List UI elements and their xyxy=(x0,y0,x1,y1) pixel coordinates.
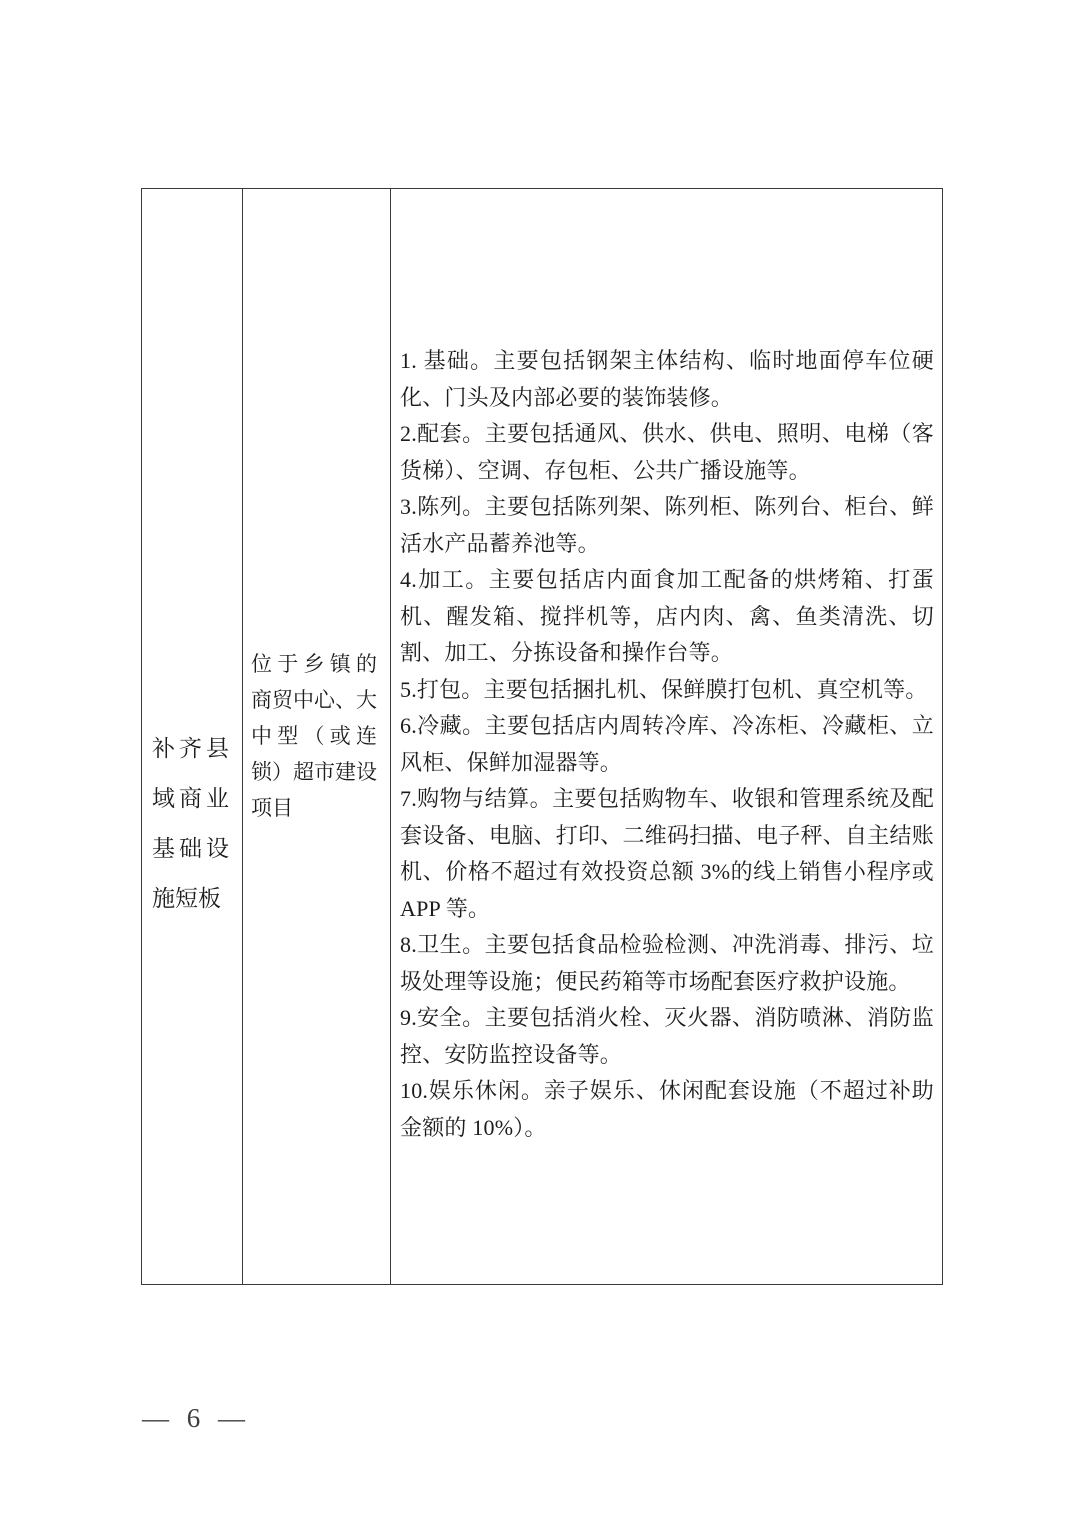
text-line: 补齐县 xyxy=(152,724,229,774)
detail-item: 8.卫生。主要包括食品检验检测、冲洗消毒、排污、垃圾处理等设施；便民药箱等市场配… xyxy=(400,927,934,1000)
text-line: 中型（或连 xyxy=(251,718,377,754)
page-number: — 6 — xyxy=(142,1403,246,1434)
detail-item: 3.陈列。主要包括陈列架、陈列柜、陈列台、柜台、鲜活水产品蓄养池等。 xyxy=(400,489,934,562)
text-line: 施短板 xyxy=(152,874,229,924)
text-line: 锁）超市建设 xyxy=(251,754,377,790)
document-page: 补齐县域商业基础设施短板 位于乡镇的商贸中心、大中型（或连锁）超市建设项目 1.… xyxy=(0,0,1074,1520)
detail-item: 5.打包。主要包括捆扎机、保鲜膜打包机、真空机等。 xyxy=(400,672,934,709)
category-text: 补齐县域商业基础设施短板 xyxy=(152,724,229,924)
projects-table: 补齐县域商业基础设施短板 位于乡镇的商贸中心、大中型（或连锁）超市建设项目 1.… xyxy=(141,188,943,1285)
detail-item: 9.安全。主要包括消火栓、灭火器、消防喷淋、消防监控、安防监控设备等。 xyxy=(400,1000,934,1073)
text-line: 域商业 xyxy=(152,774,229,824)
detail-item: 6.冷藏。主要包括店内周转冷库、冷冻柜、冷藏柜、立风柜、保鲜加湿器等。 xyxy=(400,708,934,781)
table-cell-category: 补齐县域商业基础设施短板 xyxy=(142,189,243,1284)
details-list: 1. 基础。主要包括钢架主体结构、临时地面停车位硬化、门头及内部必要的装饰装修。… xyxy=(400,343,934,1146)
text-line: 商贸中心、大 xyxy=(251,682,377,718)
detail-item: 10.娱乐休闲。亲子娱乐、休闲配套设施（不超过补助金额的 10%）。 xyxy=(400,1073,934,1146)
table-cell-project: 位于乡镇的商贸中心、大中型（或连锁）超市建设项目 xyxy=(243,189,391,1284)
text-line: 基础设 xyxy=(152,824,229,874)
detail-item: 1. 基础。主要包括钢架主体结构、临时地面停车位硬化、门头及内部必要的装饰装修。 xyxy=(400,343,934,416)
detail-item: 7.购物与结算。主要包括购物车、收银和管理系统及配套设备、电脑、打印、二维码扫描… xyxy=(400,781,934,927)
project-text: 位于乡镇的商贸中心、大中型（或连锁）超市建设项目 xyxy=(251,646,377,826)
detail-item: 4.加工。主要包括店内面食加工配备的烘烤箱、打蛋机、醒发箱、搅拌机等，店内肉、禽… xyxy=(400,562,934,672)
detail-item: 2.配套。主要包括通风、供水、供电、照明、电梯（客货梯）、空调、存包柜、公共广播… xyxy=(400,416,934,489)
text-line: 项目 xyxy=(251,790,377,826)
text-line: 位于乡镇的 xyxy=(251,646,377,682)
table-cell-details: 1. 基础。主要包括钢架主体结构、临时地面停车位硬化、门头及内部必要的装饰装修。… xyxy=(391,189,942,1284)
